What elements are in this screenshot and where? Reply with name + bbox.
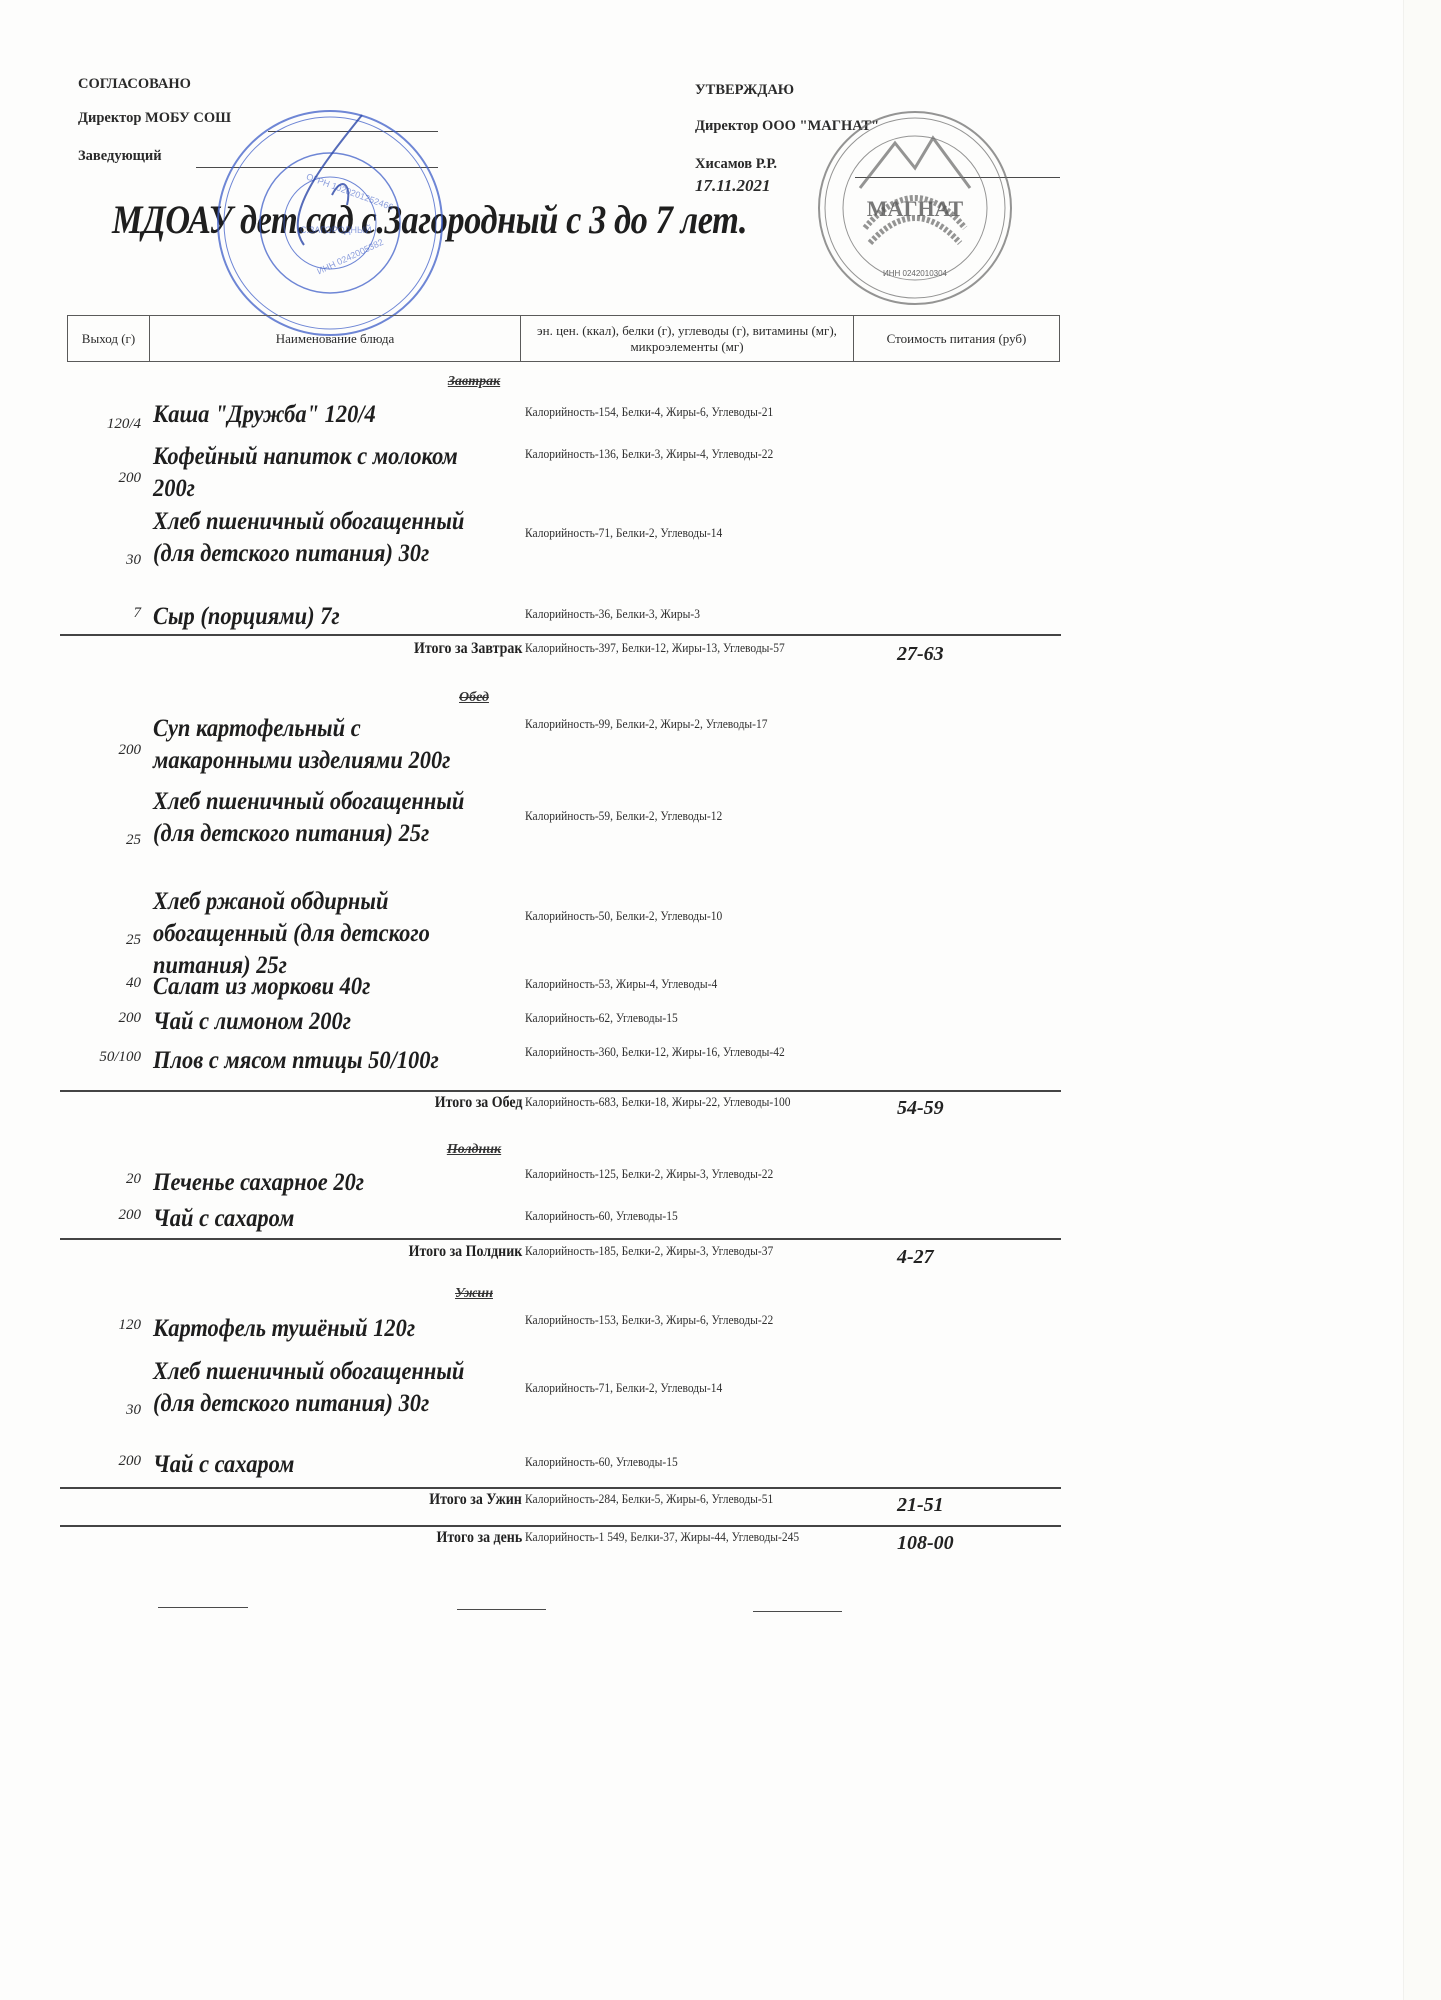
item-dish-name: Суп картофельный с макаронными изделиями…	[153, 712, 496, 776]
item-dish-name: Хлеб пшеничный обогащенный (для детского…	[153, 505, 496, 569]
item-dish-name: Каша "Дружба" 120/4	[153, 398, 496, 430]
item-nutrition: Калорийность-71, Белки-2, Углеводы-14	[525, 525, 829, 541]
item-nutrition: Калорийность-125, Белки-2, Жиры-3, Углев…	[525, 1166, 829, 1182]
signature-line	[855, 177, 1060, 178]
item-dish-name: Чай с лимоном 200г	[153, 1005, 496, 1037]
column-header-cost: Стоимость питания (руб)	[854, 316, 1060, 362]
item-dish-name: Плов с мясом птицы 50/100г	[153, 1044, 496, 1076]
item-yield: 200	[67, 470, 141, 487]
item-nutrition: Калорийность-36, Белки-3, Жиры-3	[525, 606, 829, 622]
item-yield: 120/4	[67, 416, 141, 433]
item-yield: 200	[67, 1010, 141, 1027]
section-total-label: Итого за Завтрак	[414, 640, 522, 658]
item-yield: 20	[67, 1171, 141, 1188]
item-yield: 120	[67, 1317, 141, 1334]
section-total-nutrition: Калорийность-683, Белки-18, Жиры-22, Угл…	[525, 1094, 829, 1110]
signature-line	[196, 167, 438, 168]
section-total-nutrition: Калорийность-397, Белки-12, Жиры-13, Угл…	[525, 640, 829, 656]
section-total-nutrition: Калорийность-284, Белки-5, Жиры-6, Углев…	[525, 1491, 829, 1507]
item-dish-name: Печенье сахарное 20г	[153, 1166, 496, 1198]
item-yield: 200	[67, 742, 141, 759]
approval-right-heading: УТВЕРЖДАЮ	[695, 82, 794, 99]
item-yield: 25	[67, 932, 141, 949]
section-divider	[60, 1487, 1061, 1489]
item-yield: 200	[67, 1453, 141, 1470]
approval-right-name: Хисамов Р.Р.	[695, 156, 777, 173]
item-nutrition: Калорийность-154, Белки-4, Жиры-6, Углев…	[525, 404, 829, 420]
approval-left-role: Заведующий	[78, 148, 162, 165]
item-dish-name: Чай с сахаром	[153, 1202, 496, 1234]
item-yield: 40	[67, 975, 141, 992]
signature-line	[753, 1611, 842, 1612]
item-dish-name: Картофель тушёный 120г	[153, 1312, 496, 1344]
item-nutrition: Калорийность-360, Белки-12, Жиры-16, Угл…	[525, 1044, 829, 1060]
section-total-label: Итого за Полдник	[408, 1243, 522, 1261]
svg-text:МАГНАТ: МАГНАТ	[867, 196, 964, 221]
section-total-label: Итого за Ужин	[429, 1491, 522, 1509]
signature-line	[158, 1607, 248, 1608]
page-title: МДОАУ дет.сад с.Загородный с 3 до 7 лет.	[112, 196, 747, 243]
section-total-cost: 27-63	[897, 643, 987, 666]
item-yield: 200	[67, 1207, 141, 1224]
item-dish-name: Хлеб пшеничный обогащенный (для детского…	[153, 785, 496, 849]
approval-left-heading: СОГЛАСОВАНО	[78, 76, 191, 93]
item-dish-name: Хлеб ржаной обдирный обогащенный (для де…	[153, 885, 496, 981]
menu-table-header: Выход (г) Наименование блюда эн. цен. (к…	[67, 315, 1060, 362]
section-divider	[60, 1238, 1061, 1240]
item-dish-name: Салат из моркови 40г	[153, 970, 496, 1002]
item-yield: 30	[67, 552, 141, 569]
column-header-dish: Наименование блюда	[150, 316, 521, 362]
signature-line	[268, 131, 438, 132]
signature-line	[457, 1609, 546, 1610]
item-yield: 30	[67, 1402, 141, 1419]
item-nutrition: Калорийность-53, Жиры-4, Углеводы-4	[525, 976, 829, 992]
section-heading: Ужин	[0, 1286, 1004, 1302]
item-nutrition: Калорийность-71, Белки-2, Углеводы-14	[525, 1380, 829, 1396]
item-yield: 25	[67, 832, 141, 849]
section-heading: Завтрак	[0, 374, 1004, 390]
item-yield: 50/100	[67, 1049, 141, 1066]
item-dish-name: Чай с сахаром	[153, 1448, 496, 1480]
day-total-label: Итого за день	[436, 1529, 522, 1547]
section-total-label: Итого за Обед	[434, 1094, 522, 1112]
column-header-yield: Выход (г)	[68, 316, 150, 362]
section-divider	[60, 1090, 1061, 1092]
section-total-cost: 21-51	[897, 1494, 987, 1517]
approval-date: 17.11.2021	[695, 176, 771, 196]
section-total-cost: 54-59	[897, 1097, 987, 1120]
item-nutrition: Калорийность-136, Белки-3, Жиры-4, Углев…	[525, 446, 829, 462]
item-yield: 7	[67, 605, 141, 622]
item-nutrition: Калорийность-50, Белки-2, Углеводы-10	[525, 908, 829, 924]
item-nutrition: Калорийность-99, Белки-2, Жиры-2, Углево…	[525, 716, 829, 732]
approval-right-position: Директор ООО "МАГНАТ"	[695, 118, 879, 135]
day-total-nutrition: Калорийность-1 549, Белки-37, Жиры-44, У…	[525, 1529, 829, 1545]
scan-edge	[1403, 0, 1441, 2000]
item-dish-name: Сыр (порциями) 7г	[153, 600, 496, 632]
approval-left-position: Директор МОБУ СОШ	[78, 110, 231, 127]
day-total-cost: 108-00	[897, 1532, 987, 1555]
item-nutrition: Калорийность-62, Углеводы-15	[525, 1010, 829, 1026]
section-total-nutrition: Калорийность-185, Белки-2, Жиры-3, Углев…	[525, 1243, 829, 1259]
section-divider	[60, 634, 1061, 636]
item-dish-name: Хлеб пшеничный обогащенный (для детского…	[153, 1355, 496, 1419]
item-nutrition: Калорийность-59, Белки-2, Углеводы-12	[525, 808, 829, 824]
organization-stamp-right: МАГНАТ ИНН 0242010304	[815, 108, 1015, 308]
section-heading: Обед	[0, 690, 1004, 706]
item-nutrition: Калорийность-153, Белки-3, Жиры-6, Углев…	[525, 1312, 829, 1328]
day-divider	[60, 1525, 1061, 1527]
item-nutrition: Калорийность-60, Углеводы-15	[525, 1208, 829, 1224]
svg-text:ИНН 0242010304: ИНН 0242010304	[883, 269, 948, 278]
section-total-cost: 4-27	[897, 1246, 987, 1269]
section-heading: Полдник	[0, 1142, 1004, 1158]
item-dish-name: Кофейный напиток с молоком 200г	[153, 440, 496, 504]
item-nutrition: Калорийность-60, Углеводы-15	[525, 1454, 829, 1470]
column-header-nutrition: эн. цен. (ккал), белки (г), углеводы (г)…	[521, 316, 854, 362]
